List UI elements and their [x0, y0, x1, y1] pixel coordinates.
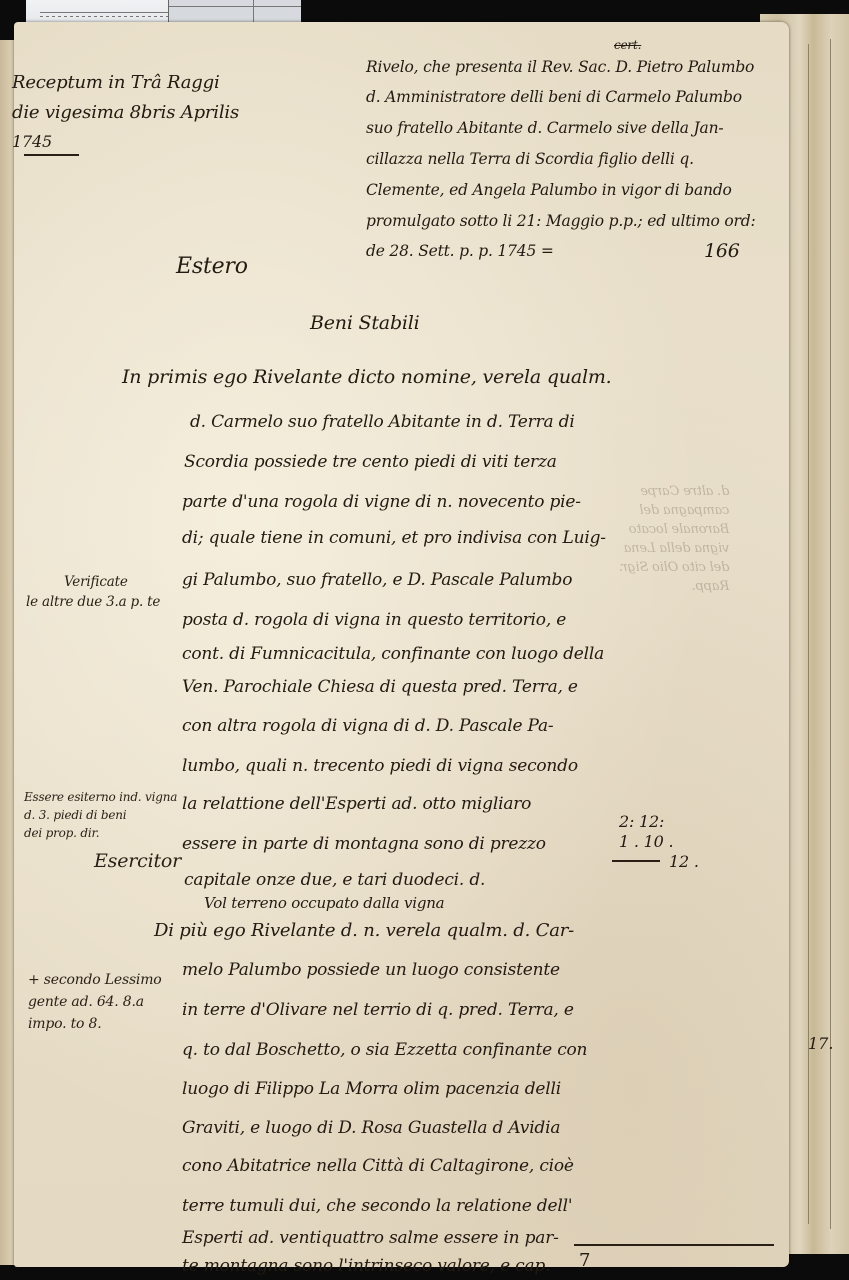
stamp-word: Estero [176, 254, 248, 279]
section-title: Beni Stabili [310, 312, 420, 334]
bleedthrough-text: d. altre Carpe campagna del Baronale loc… [619, 484, 729, 574]
margin-note-esercitor: Esercitor [94, 850, 181, 872]
right-edge-note: 17. [808, 1034, 833, 1053]
footer-catchword: 7 [579, 1250, 590, 1271]
manuscript-page: d. altre Carpe campagna del Baronale loc… [14, 22, 789, 1267]
folio-number: 166 [704, 240, 740, 262]
